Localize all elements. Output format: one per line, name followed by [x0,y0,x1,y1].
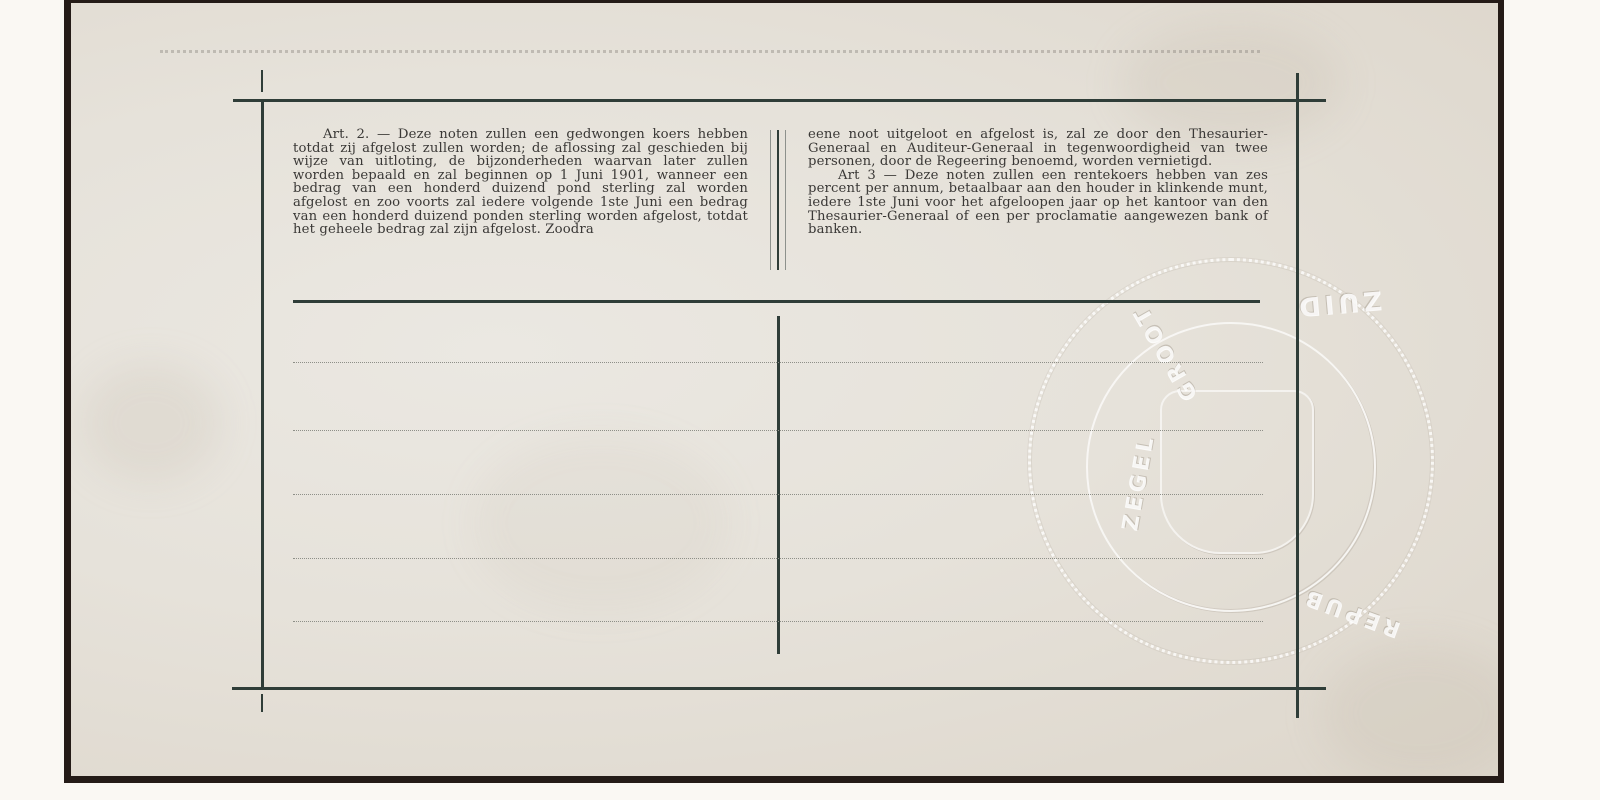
section-separator-rule [293,300,1260,303]
endorsement-dotted-line-3 [293,494,1263,495]
perforation-marks [160,50,1260,53]
paper-stain [471,433,731,613]
frame-left-tick-top [261,70,263,92]
frame-right-rule [1296,73,1299,718]
paper-stain [81,363,221,483]
paper-stain [1321,643,1498,776]
frame-bottom-rule [232,687,1326,690]
endorsement-center-divider [777,316,780,654]
paper-stain [1121,23,1341,143]
frame-left-tick-bottom [261,694,263,712]
center-divider-thin-right [785,130,786,270]
center-divider-thick [777,130,779,270]
center-divider-thin-left [770,130,771,270]
article-2-column: Art. 2. — Deze noten zullen een gedwonge… [293,128,748,237]
article-2-continued-text: eene noot uitgeloot en afgelost is, zal … [808,128,1268,169]
endorsement-dotted-line-2 [293,430,1263,431]
frame-top-rule [233,99,1326,102]
endorsement-dotted-line-5 [293,621,1263,622]
article-3-text: Art 3 — Deze noten zullen een rentekoers… [808,169,1268,237]
coat-of-arms-emboss-icon [1160,390,1314,554]
article-3-column: eene noot uitgeloot en afgelost is, zal … [808,128,1268,237]
endorsement-dotted-line-1 [293,362,1263,363]
frame-left-rule [261,100,264,688]
article-2-text: Art. 2. — Deze noten zullen een gedwonge… [293,128,748,237]
endorsement-dotted-line-4 [293,558,1263,559]
